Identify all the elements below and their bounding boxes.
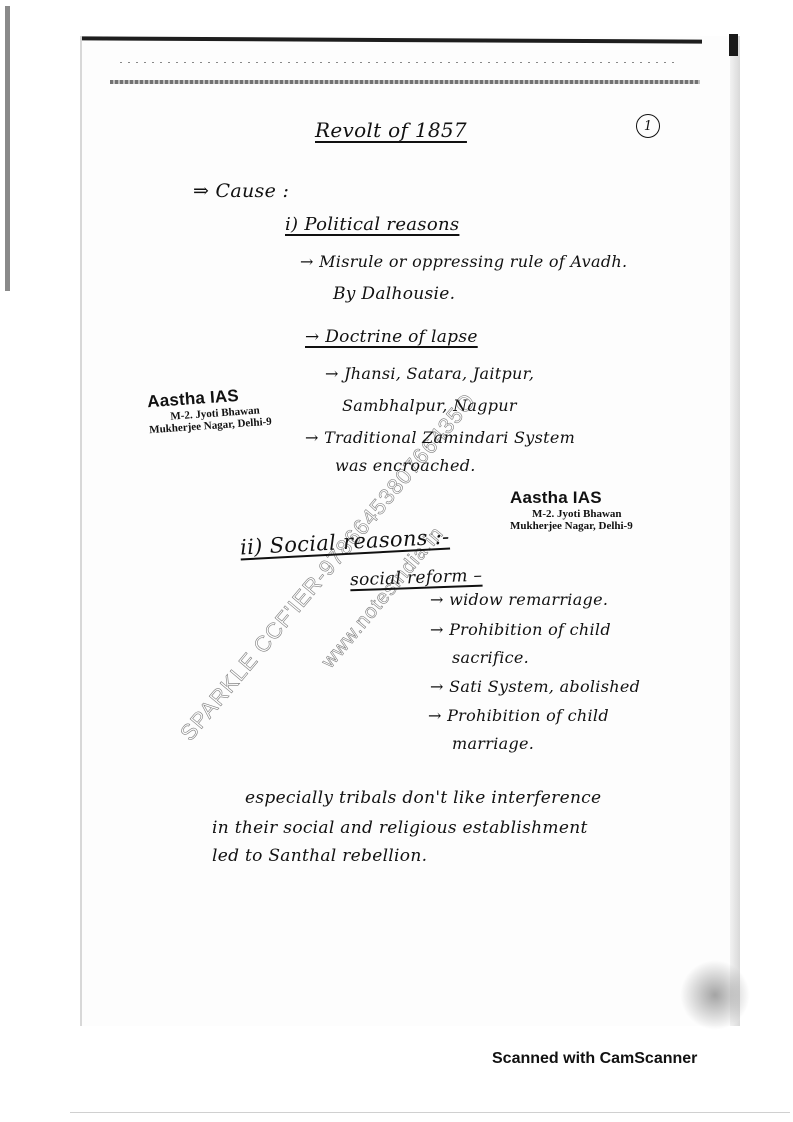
doctrine-states-1: → Jhansi, Satara, Jaitpur, — [325, 364, 534, 383]
doctrine-states-2: Sambhalpur, Nagpur — [342, 396, 517, 415]
institute-stamp-left: Aastha IAS M-2. Jyoti Bhawan Mukherjee N… — [147, 384, 272, 436]
institute-stamp-right: Aastha IAS M-2. Jyoti Bhawan Mukherjee N… — [510, 488, 633, 532]
scan-smudge — [680, 960, 750, 1030]
social-item: → widow remarriage. — [430, 590, 608, 609]
stamp-address-line2: Mukherjee Nagar, Delhi-9 — [510, 520, 633, 532]
scanner-edge-bar — [5, 6, 10, 291]
social-item: marriage. — [452, 734, 534, 753]
bottom-rule — [70, 1112, 790, 1113]
stamp-address-line1: M-2. Jyoti Bhawan — [510, 508, 633, 520]
cause-heading: ⇒ Cause : — [193, 180, 289, 202]
social-item: → Sati System, abolished — [430, 677, 640, 696]
political-item-misrule: → Misrule or oppressing rule of Avadh. — [300, 252, 627, 271]
political-item-misrule-cont: By Dalhousie. — [333, 284, 455, 304]
closing-line-1: especially tribals don't like interferen… — [245, 788, 601, 808]
political-item-doctrine: → Doctrine of lapse — [305, 327, 478, 347]
page-corner-mark — [729, 34, 738, 56]
social-item: → Prohibition of child — [428, 706, 609, 725]
closing-line-2: in their social and religious establishm… — [212, 818, 588, 838]
social-item: → Prohibition of child — [430, 620, 611, 639]
page-number: 1 — [636, 114, 660, 138]
page-header-dotted-line — [120, 62, 680, 63]
section-political-heading: i) Political reasons — [285, 214, 459, 235]
closing-line-3: led to Santhal rebellion. — [212, 846, 427, 866]
page-title: Revolt of 1857 — [315, 118, 467, 142]
social-item: sacrifice. — [452, 648, 529, 667]
page-header-rule — [110, 80, 700, 84]
scanner-footer: Scanned with CamScanner — [492, 1050, 697, 1068]
stamp-name: Aastha IAS — [510, 488, 633, 508]
